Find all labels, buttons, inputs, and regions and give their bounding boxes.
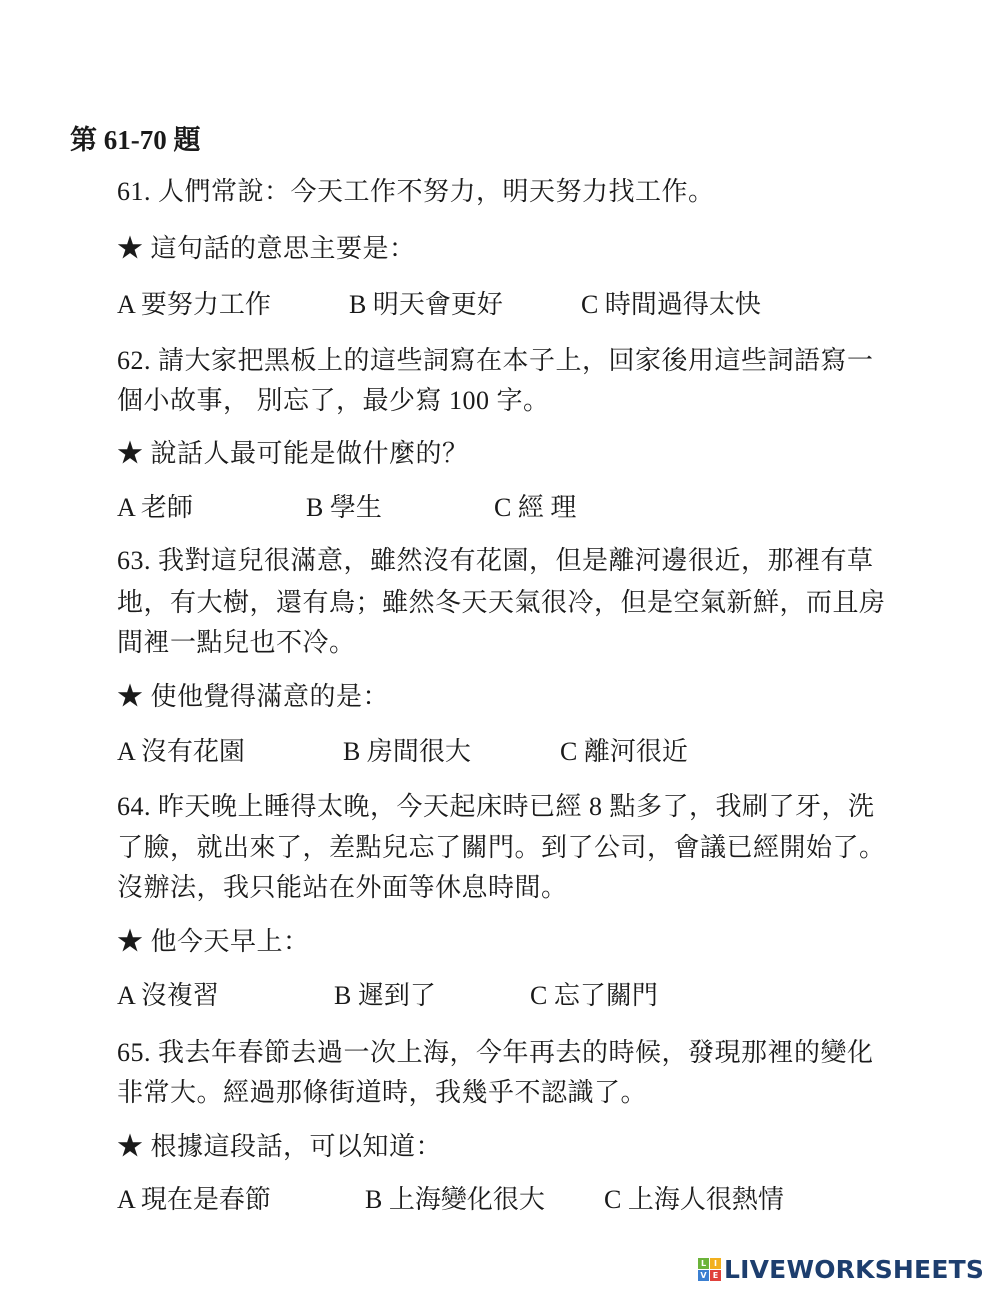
question-61-option-b[interactable]: B 明天會更好 bbox=[349, 284, 503, 321]
question-61-option-a[interactable]: A 要努力工作 bbox=[117, 284, 271, 321]
question-65-option-c[interactable]: C 上海人很熱情 bbox=[604, 1179, 784, 1216]
question-65-prompt: ★ 根據這段話，可以知道： bbox=[117, 1126, 442, 1163]
logo-block-e: E bbox=[710, 1270, 721, 1281]
question-64-option-b[interactable]: B 遲到了 bbox=[334, 975, 436, 1012]
question-64-prompt: ★ 他今天早上： bbox=[117, 921, 310, 958]
question-65-option-b[interactable]: B 上海變化很大 bbox=[365, 1179, 545, 1216]
question-64-stem-line-2: 了臉，就出來了，差點兒忘了關門。到了公司，會議已經開始了。 bbox=[117, 827, 886, 864]
liveworksheets-logo: L I V E LIVEWORKSHEETS bbox=[698, 1255, 984, 1284]
question-61-option-c[interactable]: C 時間過得太快 bbox=[581, 284, 761, 321]
question-63-prompt: ★ 使他覺得滿意的是： bbox=[117, 676, 389, 713]
question-63-stem-line-2: 地，有大樹，還有鳥；雖然冬天天氣很冷，但是空氣新鮮，而且房 bbox=[117, 582, 886, 619]
question-62-prompt: ★ 說話人最可能是做什麼的？ bbox=[117, 433, 469, 470]
question-62-option-b[interactable]: B 學生 bbox=[306, 487, 382, 524]
question-63-option-b[interactable]: B 房間很大 bbox=[343, 731, 471, 768]
logo-text: LIVEWORKSHEETS bbox=[724, 1255, 984, 1284]
question-61-stem-line-1: 61. 人們常說：今天工作不努力，明天努力找工作。 bbox=[117, 171, 715, 208]
question-62-stem-line-2: 個小故事， 別忘了，最少寫 100 字。 bbox=[117, 380, 550, 417]
question-63-stem-line-1: 63. 我對這兒很滿意，雖然沒有花園，但是離河邊很近，那裡有草 bbox=[117, 540, 874, 577]
question-63-option-c[interactable]: C 離河很近 bbox=[560, 731, 688, 768]
question-64-option-c[interactable]: C 忘了關門 bbox=[530, 975, 658, 1012]
logo-block-v: V bbox=[698, 1270, 709, 1281]
logo-block-l: L bbox=[698, 1258, 709, 1269]
question-64-stem-line-3: 沒辦法，我只能站在外面等休息時間。 bbox=[117, 867, 568, 904]
question-65-stem-line-1: 65. 我去年春節去過一次上海，今年再去的時候，發現那裡的變化 bbox=[117, 1032, 874, 1069]
question-62-option-a[interactable]: A 老師 bbox=[117, 487, 193, 524]
question-65-option-a[interactable]: A 現在是春節 bbox=[117, 1179, 271, 1216]
question-64-option-a[interactable]: A 沒複習 bbox=[117, 975, 219, 1012]
live-blocks-icon: L I V E bbox=[698, 1258, 721, 1281]
question-61-prompt: ★ 這句話的意思主要是： bbox=[117, 228, 416, 265]
question-62-option-c[interactable]: C 經 理 bbox=[494, 487, 576, 524]
question-64-stem-line-1: 64. 昨天晚上睡得太晚，今天起床時已經 8 點多了，我刷了牙，洗 bbox=[117, 786, 875, 823]
question-63-option-a[interactable]: A 沒有花園 bbox=[117, 731, 245, 768]
section-title: 第 61-70 題 bbox=[70, 118, 201, 157]
question-63-stem-line-3: 間裡一點兒也不冷。 bbox=[117, 622, 356, 659]
question-62-stem-line-1: 62. 請大家把黑板上的這些詞寫在本子上，回家後用這些詞語寫一 bbox=[117, 340, 874, 377]
question-65-stem-line-2: 非常大。經過那條街道時，我幾乎不認識了。 bbox=[117, 1072, 647, 1109]
logo-block-i: I bbox=[710, 1258, 721, 1269]
